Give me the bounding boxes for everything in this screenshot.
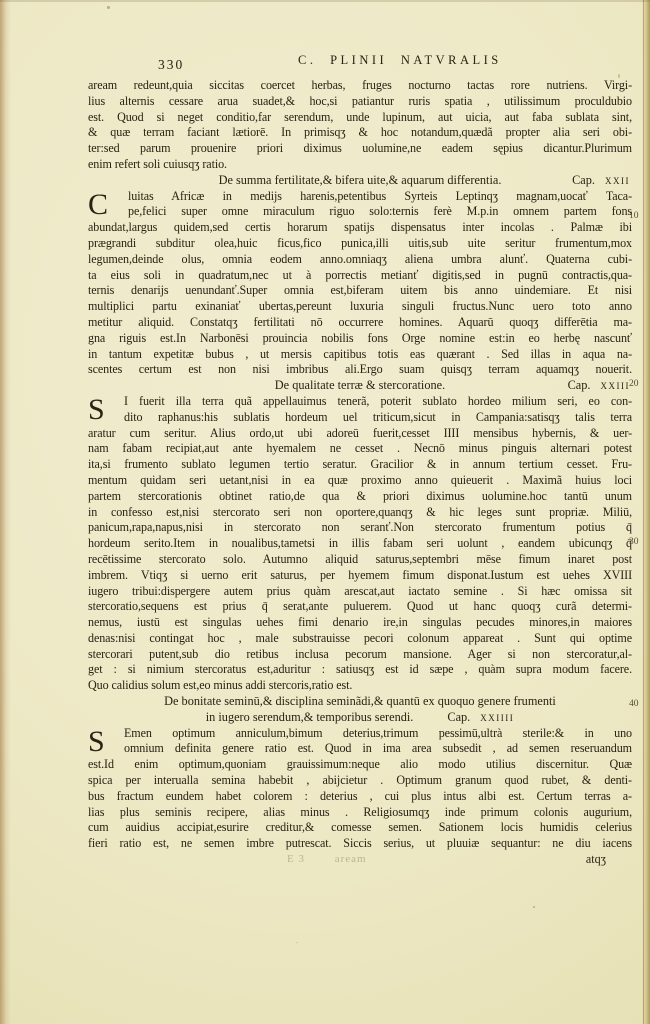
text-line: ternis denarijs uenundanť.Super omnia es… bbox=[88, 283, 632, 299]
text-line: lias plus seminis recipere, alias minus … bbox=[88, 805, 632, 821]
text-line: ter:sed parum prouenire priori diximus u… bbox=[88, 141, 632, 157]
text-line: dito raphanus:his sublatis hordeum uel t… bbox=[88, 410, 632, 426]
text-line: denas:nisi contingat hoc , male substrau… bbox=[88, 631, 632, 647]
text-line: legumen,deinde olus, omnia eodem anno.om… bbox=[88, 252, 632, 268]
running-title: C. PLINII NATVRALIS bbox=[298, 53, 502, 68]
text-line: multiplici partu exinaniať ubertas,pereu… bbox=[88, 299, 632, 315]
page-number: 330 bbox=[158, 57, 184, 73]
text-line: ita,si frumento sublato legumen tertio s… bbox=[88, 457, 632, 473]
paper-speck bbox=[107, 6, 110, 9]
text-line: nemus, iustū est singulas uehes fimi den… bbox=[88, 615, 632, 631]
chapter-23-title: De qualitate terræ & stercoratione. bbox=[275, 378, 445, 392]
text-line: est.Id enim optimum,quoniam grauissimum:… bbox=[88, 757, 632, 773]
text-line: metitur aliquid. Constatqʒ fertilitati n… bbox=[88, 315, 632, 331]
text-line: aream redeunt,quia siccitas coercet herb… bbox=[88, 78, 632, 94]
text-line: enim refert soli cuiusqʒ ratio. bbox=[88, 157, 632, 173]
text-line: Emen optimum anniculum,bimum deterius,tr… bbox=[88, 726, 632, 742]
text-line: abundat,largus quidem,sed certis horarum… bbox=[88, 220, 632, 236]
text-line: omnium definita genere ratio est. Quod i… bbox=[88, 741, 632, 757]
chapter-22-heading: De summa fertilitate,& bifera uite,& aqu… bbox=[88, 173, 632, 189]
paragraph-intro: aream redeunt,quia siccitas coercet herb… bbox=[88, 78, 632, 173]
chapter-22-cap: Cap.xxii bbox=[572, 173, 630, 189]
showthrough-ghost-text: E 3 aream bbox=[287, 853, 367, 865]
text-line: lius alternis cessare arua suadet,& hoc,… bbox=[88, 94, 632, 110]
paper-speck bbox=[533, 906, 535, 908]
text-line: get : si nimium stercoratus est,aduritur… bbox=[88, 662, 632, 678]
text-line: cum auidius accipiat,esurire creditur,& … bbox=[88, 820, 632, 836]
text-line: luitas Africæ in medijs harenis,petentib… bbox=[88, 189, 632, 205]
text-line: I fuerit illa terra quã appellauimus ten… bbox=[88, 394, 632, 410]
chapter-24-cap: Cap.xxiiii bbox=[447, 710, 514, 726]
text-line: panicum,rapa,napus,nisi in stercorato no… bbox=[88, 520, 632, 536]
dropcap-s: S bbox=[88, 727, 105, 757]
chapter-23-cap: Cap.xxiii bbox=[568, 378, 630, 394]
text-line: imbrem. Vtiqʒ si uerno erit saturus, per… bbox=[88, 568, 632, 584]
text-line: stercorari putent,sub dio retibus inclus… bbox=[88, 647, 632, 663]
dropcap-s: S bbox=[88, 395, 105, 425]
text-line: fieri ratio est, ne semen imbre putresca… bbox=[88, 836, 632, 852]
chapter-24-title-line2: in iugero serendum,& temporibus serendi. bbox=[206, 710, 414, 726]
text-line: partem stercorationis obtinet ratio,de q… bbox=[88, 489, 632, 505]
text-line: gna riguis est.In Narbonēsi prouincia no… bbox=[88, 331, 632, 347]
text-line: bus fractum eundem habet colorem : deter… bbox=[88, 789, 632, 805]
text-line: in tantum expetitæ bubus , ut mersis cap… bbox=[88, 347, 632, 363]
ghost-signature-mark: E 3 bbox=[287, 853, 305, 865]
text-line: ta eius soli in quadratum,nec ut à porre… bbox=[88, 268, 632, 284]
text-line: mentum quidam seri uetant,nisi in ea quæ… bbox=[88, 473, 632, 489]
chapter-24-title-line1: De bonitate seminū,& disciplina seminãdi… bbox=[164, 694, 556, 708]
text-line: hordeum serito.Item in noualibus,tametsi… bbox=[88, 536, 632, 552]
text-line: Quo calidius solum est,eo minus addi ste… bbox=[88, 678, 632, 694]
ghost-catchword: aream bbox=[335, 853, 367, 865]
chapter-22-paragraph: C luitas Africæ in medijs harenis,petent… bbox=[88, 189, 632, 379]
text-line: prægrandi subditur olea,huic ficus,fico … bbox=[88, 236, 632, 252]
text-line: stercoratio,sequens est prius q̄ serat,a… bbox=[88, 599, 632, 615]
chapter-23-heading: De qualitate terræ & stercoratione. Cap.… bbox=[88, 378, 632, 394]
text-line: est. Quod si neget conditio,far serendum… bbox=[88, 110, 632, 126]
chapter-24-heading-line2: in iugero serendum,& temporibus serendi.… bbox=[88, 710, 632, 726]
text-line: scentes certum est non nisi imbribus ali… bbox=[88, 362, 632, 378]
paper-speck bbox=[296, 942, 298, 943]
text-line: iugero tribui:dispergere autem prius quà… bbox=[88, 584, 632, 600]
chapter-24-paragraph: S Emen optimum anniculum,bimum deterius,… bbox=[88, 726, 632, 852]
text-line: & quæ terram faciant lætiorē. In primisq… bbox=[88, 125, 632, 141]
chapter-24-heading-line1: De bonitate seminū,& disciplina seminãdi… bbox=[88, 694, 632, 710]
text-line: spica per interualla semina habebit , ab… bbox=[88, 773, 632, 789]
book-page-scan: 330 C. PLINII NATVRALIS 10 20 30 40 area… bbox=[0, 0, 650, 1024]
text-line: pe,felici super omne miraculum riguo sol… bbox=[88, 204, 632, 220]
text-line: aratur cum seritur. Alius ordo,ut ubi ad… bbox=[88, 426, 632, 442]
binding-edge-shadow bbox=[0, 0, 11, 1024]
text-line: in confesso est,nisi stercorato seri non… bbox=[88, 505, 632, 521]
page-top-edge bbox=[0, 0, 650, 2]
text-column: aream redeunt,quia siccitas coercet herb… bbox=[88, 78, 632, 868]
text-line: nam fabam recipiat,aut ante hyemalem ne … bbox=[88, 441, 632, 457]
dropcap-c: C bbox=[88, 190, 108, 220]
chapter-23-paragraph: S I fuerit illa terra quã appellauimus t… bbox=[88, 394, 632, 694]
text-line: recētissime stercorato solo. Autumno ali… bbox=[88, 552, 632, 568]
page-edge-line bbox=[643, 0, 644, 1024]
chapter-22-title: De summa fertilitate,& bifera uite,& aqu… bbox=[219, 173, 502, 187]
